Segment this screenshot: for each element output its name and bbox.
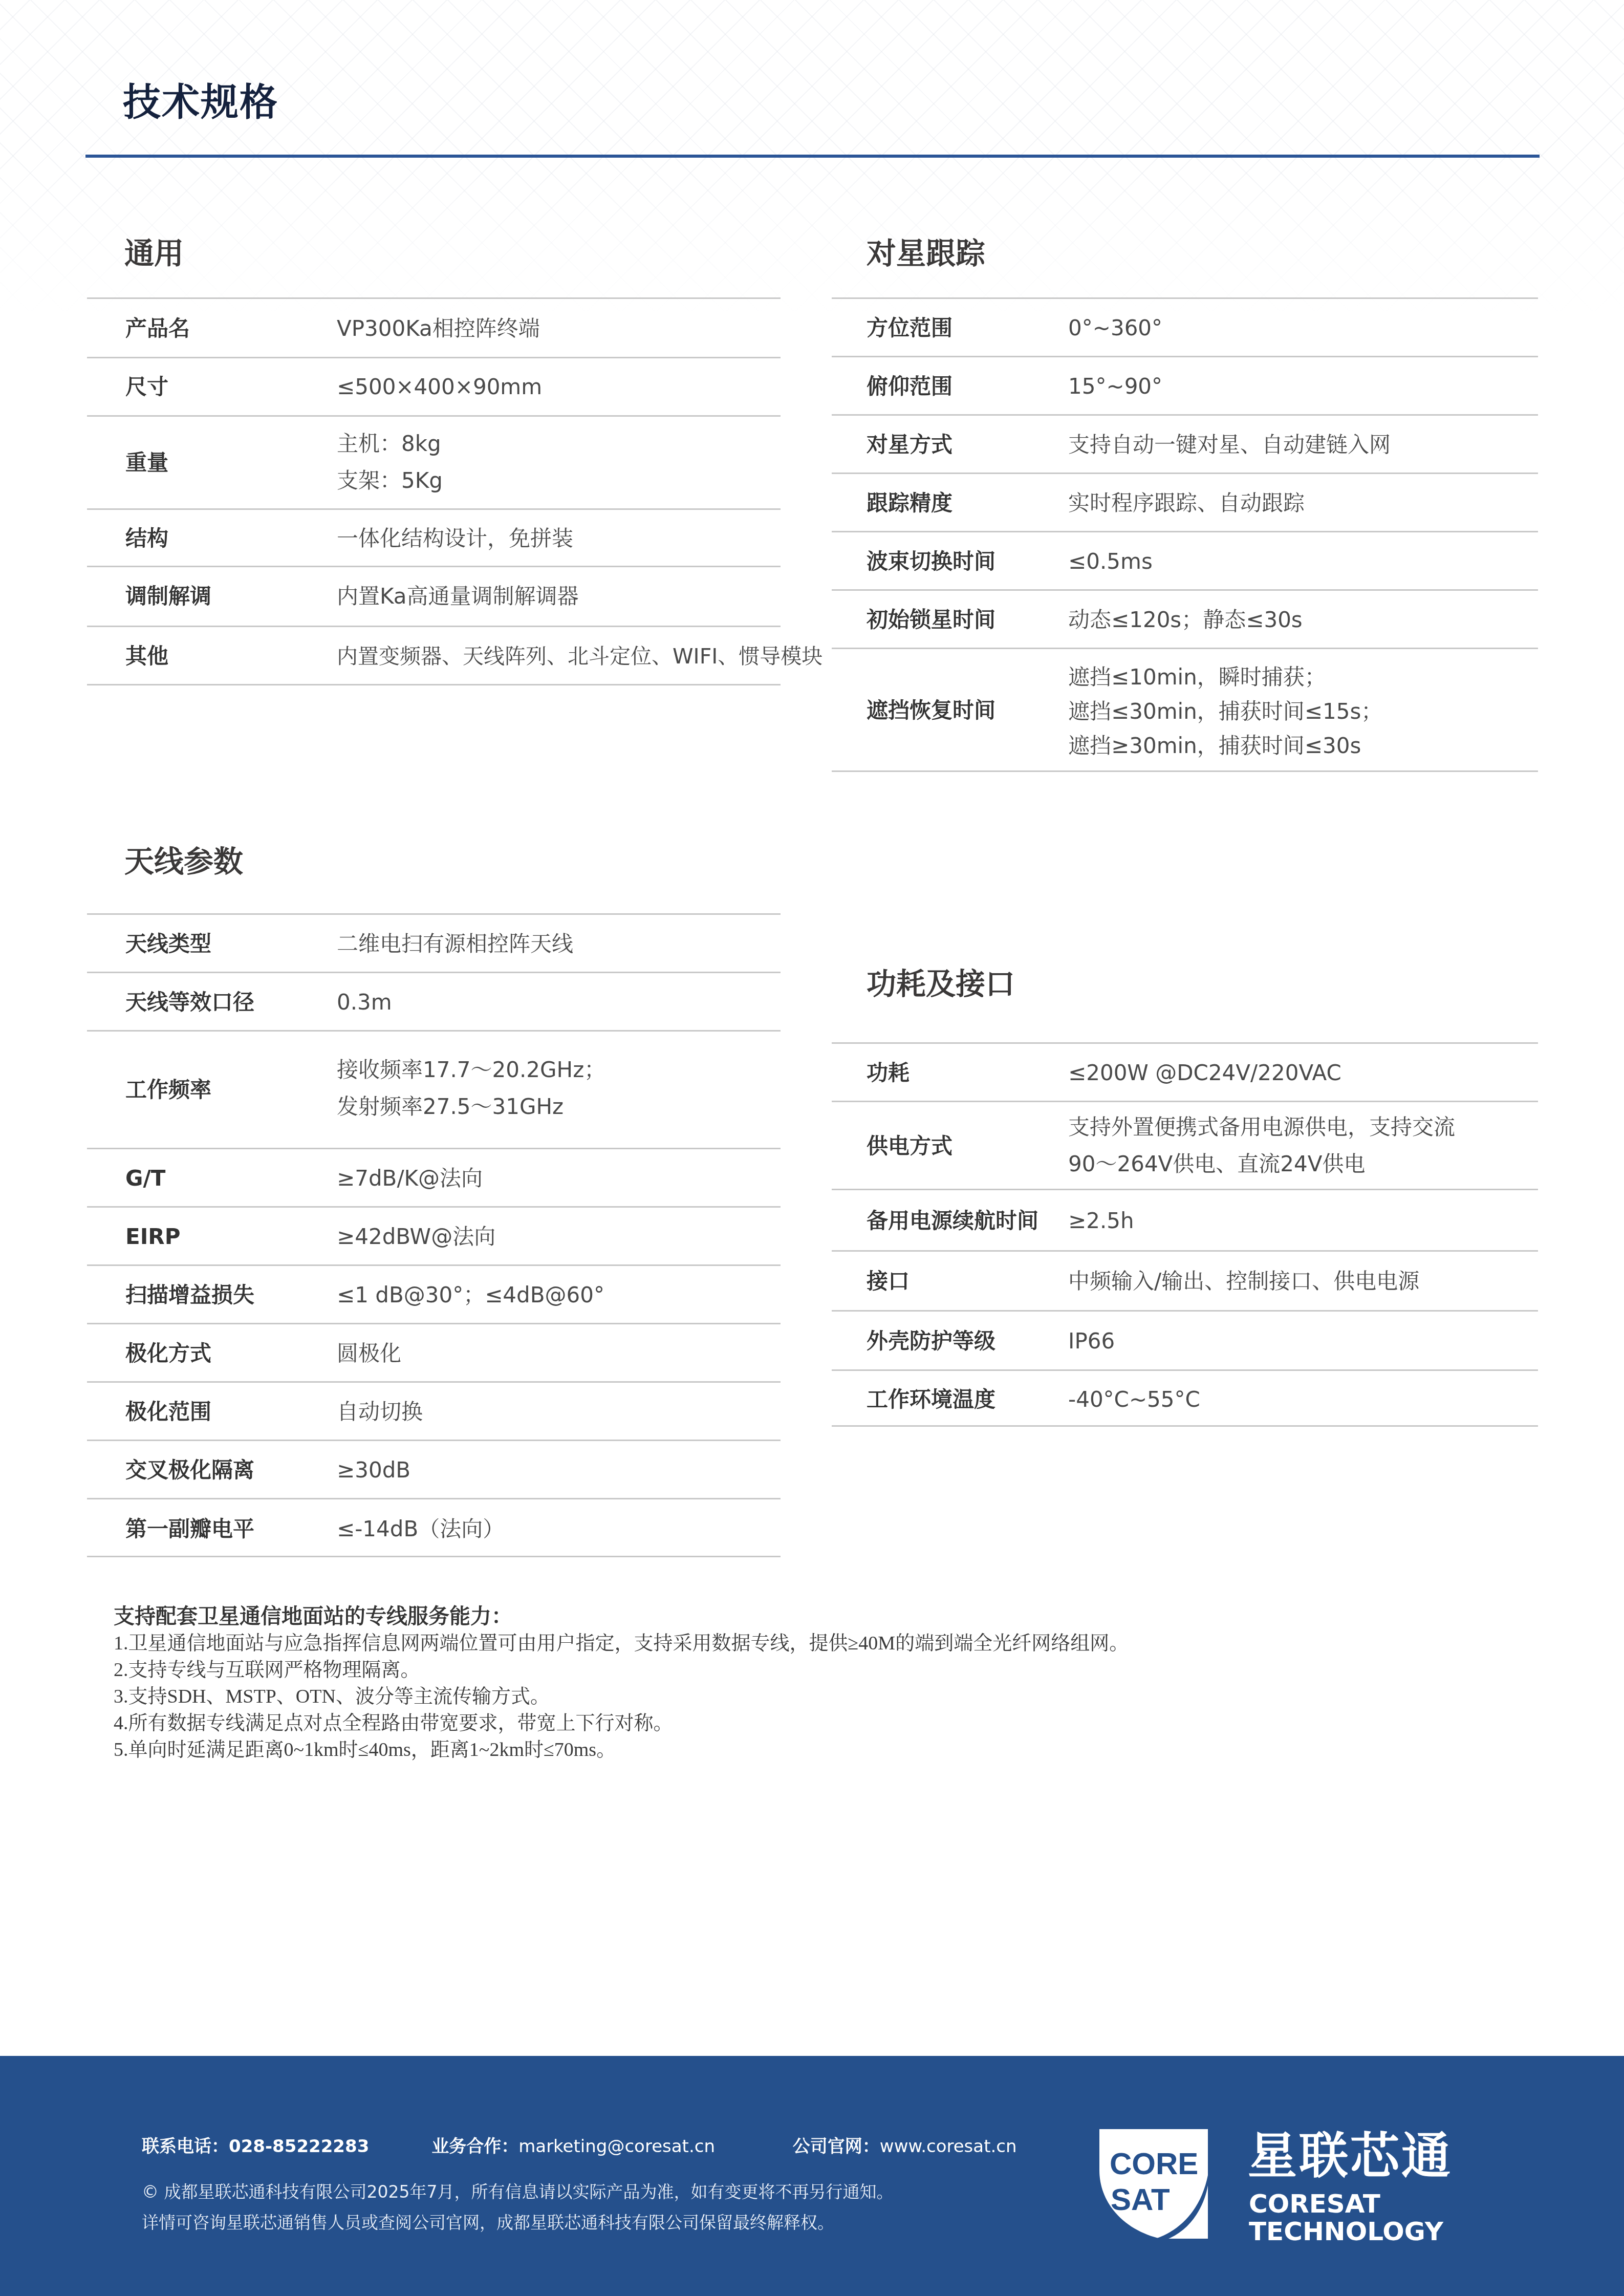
- spec-label: 对星方式: [867, 430, 952, 460]
- spec-value: 支持自动一键对星、自动建链入网: [1068, 427, 1391, 463]
- spec-value: 一体化结构设计，免拼装: [337, 521, 573, 556]
- spec-value: ≥7dB/K@法向: [337, 1161, 483, 1196]
- spec-value: 发射频率27.5～31GHz: [337, 1089, 564, 1125]
- spec-value: 中频输入/输出、控制接口、供电电源: [1068, 1263, 1419, 1299]
- spec-value: 0°~360°: [1068, 310, 1162, 346]
- spec-row: 产品名 VP300Ka相控阵终端: [87, 297, 781, 357]
- spec-row: 天线类型 二维电扫有源相控阵天线: [87, 913, 781, 972]
- spec-label: 极化方式: [125, 1338, 211, 1369]
- spec-table-power: 功耗 ≤200W @DC24V/220VAC 供电方式 支持外置便携式备用电源供…: [832, 1042, 1538, 1427]
- logo-name-en-1: CORESAT: [1249, 2190, 1443, 2218]
- spec-row: 方位范围 0°~360°: [832, 297, 1538, 356]
- title-rule: [85, 155, 1540, 158]
- spec-label: 交叉极化隔离: [125, 1455, 254, 1486]
- spec-label: 方位范围: [867, 313, 952, 344]
- footer-contact: 联系电话：028-85222283 业务合作：marketing@coresat…: [142, 2134, 1037, 2159]
- notes-title: 支持配套卫星通信地面站的专线服务能力：: [114, 1602, 1129, 1630]
- spec-row: 功耗 ≤200W @DC24V/220VAC: [832, 1042, 1538, 1101]
- spec-label: 工作环境温度: [867, 1384, 995, 1415]
- spec-value: 实时程序跟踪、自动跟踪: [1068, 485, 1305, 521]
- logo-name-en-2: TECHNOLOGY: [1249, 2218, 1443, 2245]
- spec-value: 圆极化: [337, 1336, 401, 1371]
- business-label: 业务合作：: [431, 2136, 518, 2157]
- spec-value: ≤1 dB@30°；≤4dB@60°: [337, 1277, 604, 1313]
- spec-value: 90～264V供电、直流24V供电: [1068, 1146, 1366, 1182]
- page-title: 技术规格: [123, 77, 278, 128]
- spec-row: 扫描增益损失 ≤1 dB@30°；≤4dB@60°: [87, 1264, 781, 1323]
- footer-legal: © 成都星联芯通科技有限公司2025年7月，所有信息请以实际产品为准，如有变更将…: [142, 2177, 893, 2238]
- spec-value: 接收频率17.7～20.2GHz；: [337, 1052, 605, 1088]
- section-title-general: 通用: [124, 233, 184, 274]
- section-title-power: 功耗及接口: [867, 963, 1015, 1004]
- footer: 联系电话：028-85222283 业务合作：marketing@coresat…: [0, 2056, 1624, 2296]
- phone-label: 联系电话：: [142, 2136, 229, 2157]
- notes-line: 1.卫星通信地面站与应急指挥信息网两端位置可由用户指定，支持采用数据专线，提供≥…: [114, 1630, 1129, 1657]
- spec-row: 交叉极化隔离 ≥30dB: [87, 1440, 781, 1498]
- section-title-tracking: 对星跟踪: [867, 233, 985, 274]
- section-title-antenna: 天线参数: [124, 841, 243, 882]
- spec-value: 遮挡≤30min，捕获时间≤15s；: [1068, 694, 1382, 729]
- spec-label: EIRP: [125, 1221, 180, 1252]
- spec-row: 尺寸 ≤500×400×90mm: [87, 357, 781, 415]
- spec-row: 第一副瓣电平 ≤-14dB（法向）: [87, 1498, 781, 1557]
- spec-label: 跟踪精度: [867, 488, 952, 519]
- spec-value: -40°C~55°C: [1068, 1382, 1200, 1418]
- spec-label: 功耗: [867, 1058, 910, 1088]
- phone-number[interactable]: 028-85222283: [229, 2136, 369, 2157]
- spec-label: 外壳防护等级: [867, 1326, 995, 1357]
- spec-label: 天线等效口径: [125, 987, 254, 1018]
- coresat-logo-icon: CORE SAT: [1099, 2129, 1208, 2239]
- spec-label: 极化范围: [125, 1397, 211, 1427]
- spec-row: 工作环境温度 -40°C~55°C: [832, 1369, 1538, 1427]
- notes-line: 4.所有数据专线满足点对点全程路由带宽要求，带宽上下行对称。: [114, 1710, 1129, 1736]
- spec-value: 支持外置便携式备用电源供电，支持交流: [1068, 1109, 1455, 1145]
- logo-name-cn: 星联芯通: [1248, 2128, 1453, 2184]
- spec-row: 供电方式 支持外置便携式备用电源供电，支持交流 90～264V供电、直流24V供…: [832, 1101, 1538, 1189]
- spec-table-antenna: 天线类型 二维电扫有源相控阵天线 天线等效口径 0.3m 工作频率 接收频率17…: [87, 913, 781, 1557]
- spec-value: ≤0.5ms: [1068, 544, 1153, 580]
- spec-table-tracking: 方位范围 0°~360° 俯仰范围 15°~90° 对星方式 支持自动一键对星、…: [832, 297, 1538, 772]
- spec-value: 遮挡≥30min，捕获时间≤30s: [1068, 728, 1361, 764]
- spec-value: 支架：5Kg: [337, 463, 443, 499]
- notes-line: 3.支持SDH、MSTP、OTN、波分等主流传输方式。: [114, 1683, 1129, 1710]
- spec-label: 其他: [125, 641, 168, 672]
- spec-value: 内置变频器、天线阵列、北斗定位、WIFI、惯导模块: [337, 638, 822, 674]
- spec-label: G/T: [125, 1163, 165, 1194]
- website-link[interactable]: www.coresat.cn: [880, 2136, 1017, 2157]
- logo-name-en: CORESAT TECHNOLOGY: [1249, 2190, 1443, 2245]
- disclaimer-text: 详情可咨询星联芯通销售人员或查阅公司官网，成都星联芯通科技有限公司保留最终解释权…: [142, 2207, 893, 2238]
- spec-row: 波束切换时间 ≤0.5ms: [832, 531, 1538, 589]
- spec-value: 15°~90°: [1068, 369, 1162, 404]
- spec-row: 重量 主机：8kg 支架：5Kg: [87, 415, 781, 508]
- spec-value: 遮挡≤10min，瞬时捕获；: [1068, 659, 1326, 695]
- spec-row: 其他 内置变频器、天线阵列、北斗定位、WIFI、惯导模块: [87, 626, 781, 685]
- spec-value: ≤500×400×90mm: [337, 369, 542, 405]
- spec-value: 主机：8kg: [337, 426, 441, 462]
- spec-label: 结构: [125, 523, 168, 554]
- notes-line: 2.支持专线与互联网严格物理隔离。: [114, 1657, 1129, 1683]
- notes-line: 5.单向时延满足距离0~1km时≤40ms，距离1~2km时≤70ms。: [114, 1736, 1129, 1763]
- spec-label: 俯仰范围: [867, 371, 952, 402]
- spec-row: 极化范围 自动切换: [87, 1381, 781, 1440]
- spec-value: ≤-14dB（法向）: [337, 1511, 504, 1547]
- website-label: 公司官网：: [793, 2136, 880, 2157]
- spec-row: EIRP ≥42dBW@法向: [87, 1206, 781, 1264]
- background-pattern: [0, 0, 1624, 317]
- spec-value: 内置Ka高通量调制解调器: [337, 578, 579, 614]
- spec-value: VP300Ka相控阵终端: [337, 311, 540, 347]
- spec-row: 跟踪精度 实时程序跟踪、自动跟踪: [832, 473, 1538, 531]
- logo-badge-core: CORE: [1110, 2147, 1198, 2181]
- spec-value: ≤200W @DC24V/220VAC: [1068, 1055, 1341, 1091]
- spec-label: 扫描增益损失: [125, 1280, 254, 1311]
- spec-label: 天线类型: [125, 929, 211, 959]
- spec-row: 对星方式 支持自动一键对星、自动建链入网: [832, 414, 1538, 473]
- business-email-link[interactable]: marketing@coresat.cn: [518, 2136, 715, 2157]
- spec-label: 初始锁星时间: [867, 605, 995, 635]
- spec-row: 工作频率 接收频率17.7～20.2GHz； 发射频率27.5～31GHz: [87, 1030, 781, 1148]
- spec-row: 接口 中频输入/输出、控制接口、供电电源: [832, 1250, 1538, 1310]
- spec-label: 调制解调: [125, 581, 211, 612]
- spec-value: 自动切换: [337, 1394, 423, 1430]
- spec-label: 工作频率: [125, 1075, 211, 1105]
- spec-label: 供电方式: [867, 1131, 952, 1162]
- spec-value: ≥2.5h: [1068, 1203, 1134, 1239]
- spec-row: 初始锁星时间 动态≤120s；静态≤30s: [832, 589, 1538, 648]
- service-notes: 支持配套卫星通信地面站的专线服务能力： 1.卫星通信地面站与应急指挥信息网两端位…: [114, 1602, 1129, 1763]
- spec-row: 俯仰范围 15°~90°: [832, 356, 1538, 414]
- spec-label: 重量: [125, 447, 168, 478]
- spec-value: ≥30dB: [337, 1452, 410, 1488]
- spec-table-general: 产品名 VP300Ka相控阵终端 尺寸 ≤500×400×90mm 重量 主机：…: [87, 297, 781, 685]
- spec-label: 遮挡恢复时间: [867, 695, 995, 726]
- logo-badge-sat: SAT: [1111, 2182, 1170, 2217]
- spec-value: ≥42dBW@法向: [337, 1219, 495, 1255]
- spec-row: 备用电源续航时间 ≥2.5h: [832, 1189, 1538, 1250]
- spec-label: 第一副瓣电平: [125, 1514, 254, 1544]
- spec-label: 波束切换时间: [867, 546, 995, 577]
- spec-row: 天线等效口径 0.3m: [87, 972, 781, 1030]
- spec-value: 0.3m: [337, 984, 392, 1020]
- spec-value: 二维电扫有源相控阵天线: [337, 926, 573, 962]
- spec-label: 产品名: [125, 313, 190, 344]
- spec-row: 结构 一体化结构设计，免拼装: [87, 508, 781, 566]
- spec-label: 尺寸: [125, 372, 168, 402]
- spec-row: G/T ≥7dB/K@法向: [87, 1148, 781, 1206]
- spec-value: 动态≤120s；静态≤30s: [1068, 602, 1303, 638]
- spec-row: 外壳防护等级 IP66: [832, 1310, 1538, 1369]
- spec-row: 极化方式 圆极化: [87, 1323, 781, 1381]
- spec-value: IP66: [1068, 1323, 1115, 1359]
- spec-row: 遮挡恢复时间 遮挡≤10min，瞬时捕获； 遮挡≤30min，捕获时间≤15s；…: [832, 648, 1538, 772]
- spec-label: 接口: [867, 1266, 910, 1297]
- spec-label: 备用电源续航时间: [867, 1206, 1038, 1236]
- spec-row: 调制解调 内置Ka高通量调制解调器: [87, 566, 781, 626]
- copyright-text: © 成都星联芯通科技有限公司2025年7月，所有信息请以实际产品为准，如有变更将…: [142, 2177, 893, 2207]
